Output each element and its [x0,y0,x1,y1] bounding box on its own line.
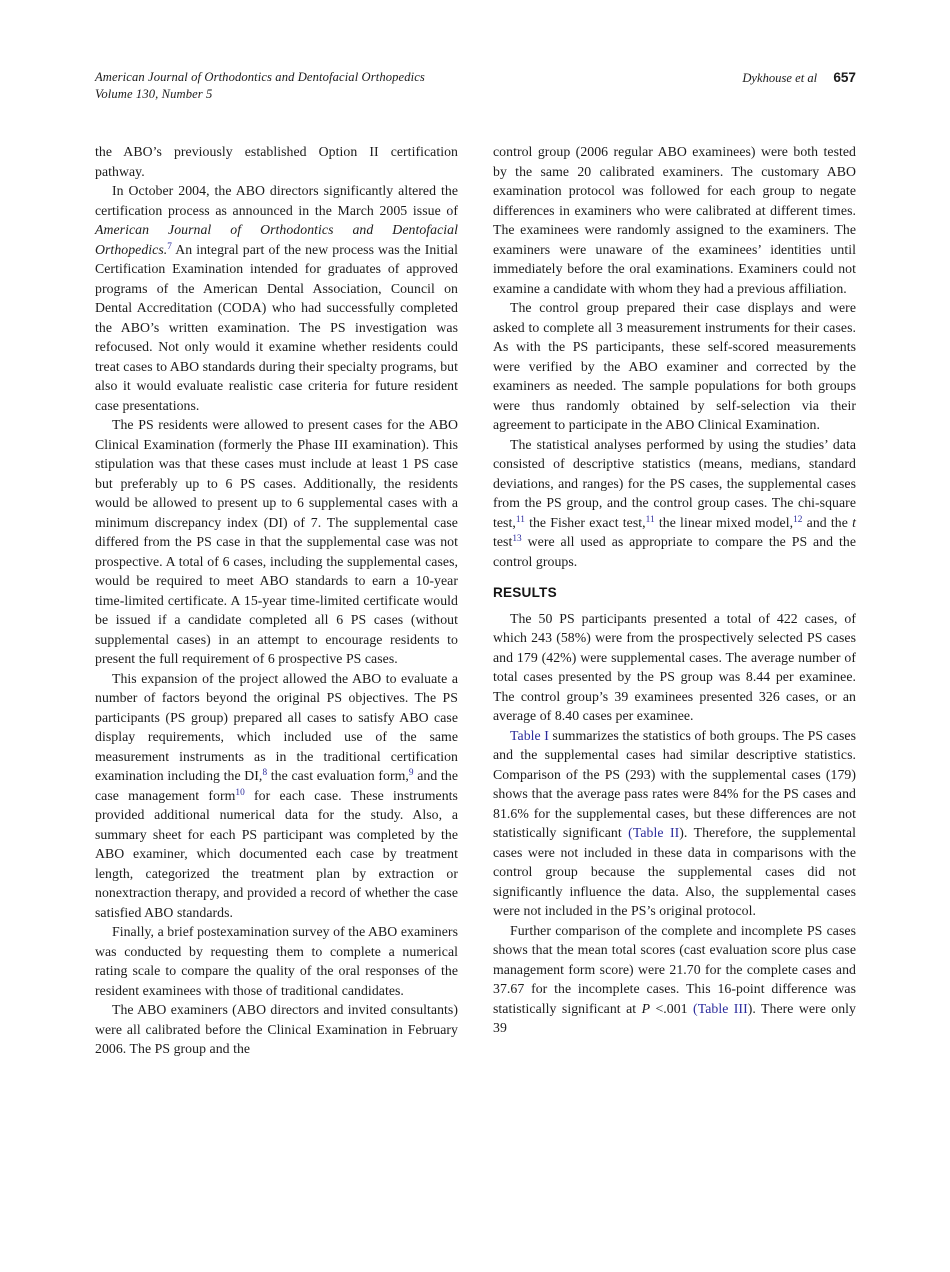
running-head: Dykhouse et al 657 [742,69,856,87]
volume-line: Volume 130, Number 5 [95,86,425,103]
table-link[interactable]: (Table III [693,1001,748,1016]
text-run: the cast evaluation form, [267,768,409,783]
text-run: the linear mixed model, [655,515,793,530]
text-run: P [642,1001,650,1016]
paragraph: The 50 PS participants presented a total… [493,609,856,726]
text-run: test [493,534,512,549]
paragraph: Further comparison of the complete and i… [493,921,856,1038]
text-run: <.001 [650,1001,693,1016]
paragraph: Table I summarizes the statistics of bot… [493,726,856,921]
table-link[interactable]: Table I [510,728,549,743]
page-number: 657 [833,70,856,85]
text-run: summarizes the statistics of both groups… [493,728,856,841]
journal-page: American Journal of Orthodontics and Den… [0,0,950,1272]
text-run: and the [803,515,853,530]
text-run: were all used as appropriate to compare … [493,534,856,569]
running-authors: Dykhouse et al [742,71,817,85]
reference-link[interactable]: 8 [262,768,267,778]
reference-link[interactable]: 12 [793,515,802,525]
text-run: the ABO’s previously established Option … [95,144,458,179]
text-run: t [852,515,856,530]
paragraph: In October 2004, the ABO directors signi… [95,181,458,415]
text-run: control group (2006 regular ABO examinee… [493,144,856,296]
paragraph: The statistical analyses performed by us… [493,435,856,572]
text-run: An integral part of the new process was … [95,242,458,413]
text-run: The control group prepared their case di… [493,300,856,432]
text-run: for each case. These instruments provide… [95,788,458,920]
reference-link[interactable]: 13 [512,534,521,544]
right-column: control group (2006 regular ABO examinee… [493,142,856,1038]
journal-name: American Journal of Orthodontics and Den… [95,69,425,86]
paragraph-continuation: control group (2006 regular ABO examinee… [493,142,856,298]
text-run: The PS residents were allowed to present… [95,417,458,666]
reference-link[interactable]: 11 [646,515,655,525]
text-run: the Fisher exact test, [525,515,646,530]
paragraph: This expansion of the project allowed th… [95,669,458,923]
paragraph-continuation: the ABO’s previously established Option … [95,142,458,181]
reference-link[interactable]: 9 [409,768,414,778]
journal-citation: American Journal of Orthodontics and Den… [95,69,425,103]
table-link[interactable]: (Table II [628,825,679,840]
text-run: The 50 PS participants presented a total… [493,611,856,724]
reference-link[interactable]: 11 [516,515,525,525]
text-run: Finally, a brief postexamination survey … [95,924,458,998]
left-column: the ABO’s previously established Option … [95,142,458,1059]
paragraph: The control group prepared their case di… [493,298,856,435]
paragraph: The PS residents were allowed to present… [95,415,458,669]
page-header: American Journal of Orthodontics and Den… [95,69,856,103]
reference-link[interactable]: 10 [235,788,244,798]
text-run: This expansion of the project allowed th… [95,671,458,784]
reference-link[interactable]: 7 [167,242,172,252]
paragraph: Finally, a brief postexamination survey … [95,922,458,1000]
section-heading-results: RESULTS [493,583,856,603]
paragraph: The ABO examiners (ABO directors and inv… [95,1000,458,1059]
text-run: The ABO examiners (ABO directors and inv… [95,1002,458,1056]
text-run: In October 2004, the ABO directors signi… [95,183,458,218]
